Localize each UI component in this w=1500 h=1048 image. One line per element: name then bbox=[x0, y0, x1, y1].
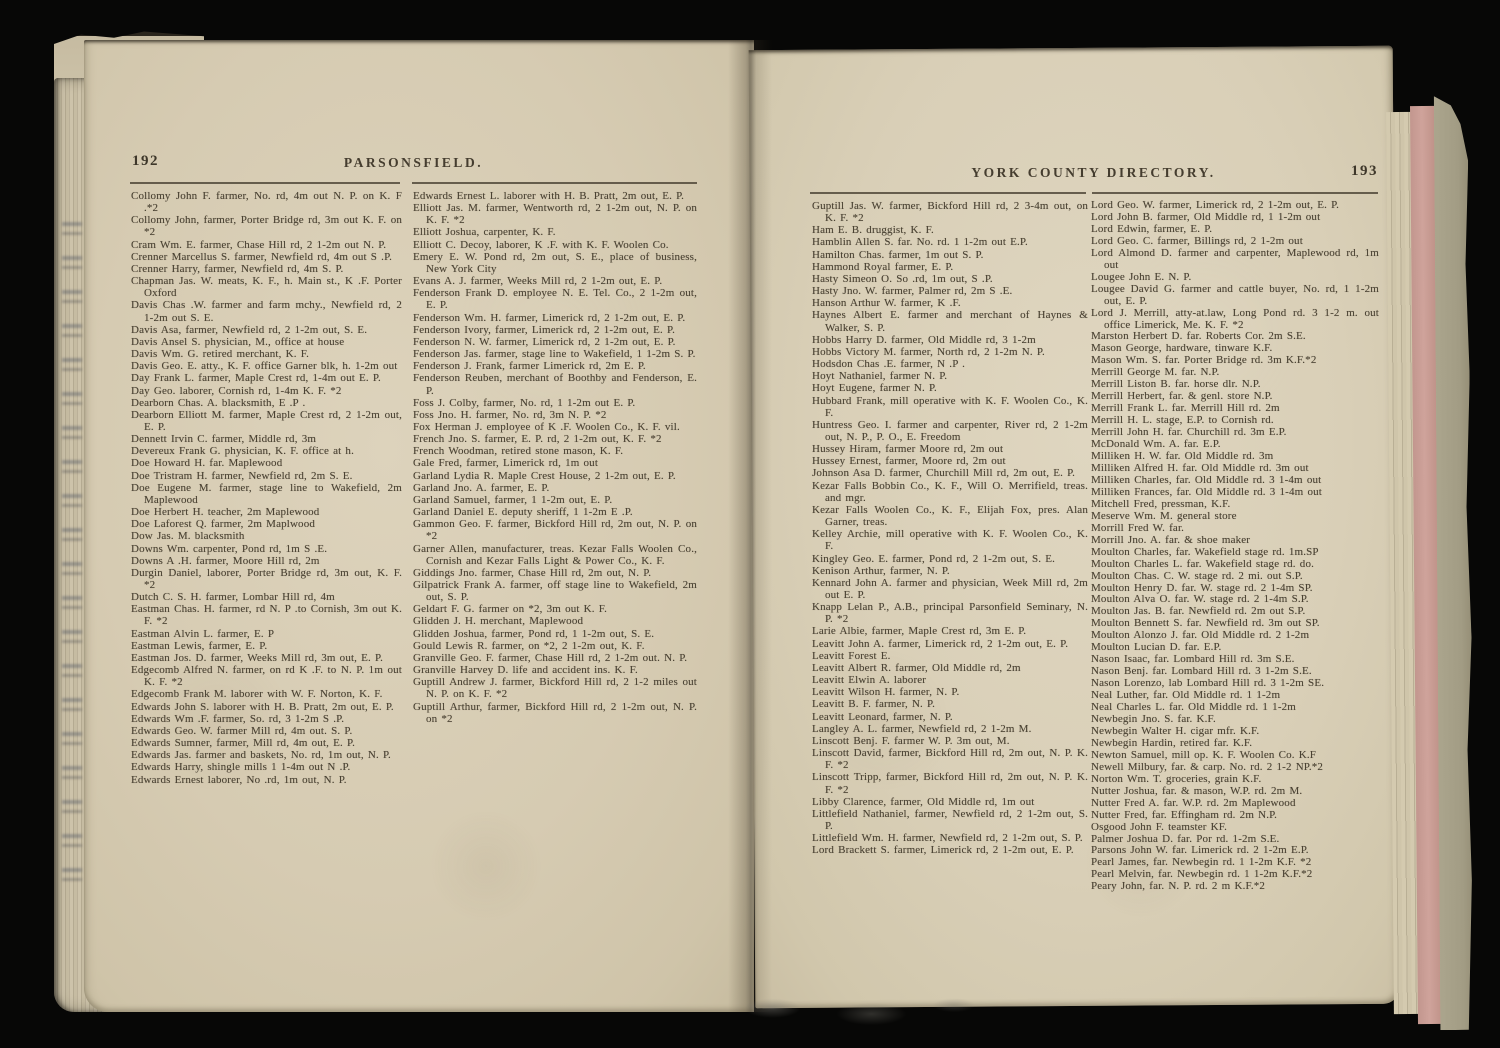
directory-entry: Foss J. Colby, farmer, No. rd, 1 1-2m ou… bbox=[413, 397, 697, 409]
directory-entry: Dennett Irvin C. farmer, Middle rd, 3m bbox=[131, 433, 402, 445]
directory-entry: Dutch C. S. H. farmer, Lombar Hill rd, 4… bbox=[131, 591, 402, 603]
directory-entry: Garland Jno. A. farmer, E. P. bbox=[413, 482, 697, 494]
directory-column: Collomy John F. farmer, No. rd, 4m out N… bbox=[131, 190, 402, 786]
directory-entry: Newell Milbury, far. & carp. No. rd. 2 1… bbox=[1091, 762, 1379, 774]
page-number-right: 193 bbox=[1310, 163, 1378, 180]
directory-entry: Linscott David, farmer, Bickford Hill rd… bbox=[812, 747, 1088, 771]
directory-entry: Fenderson Reuben, merchant of Boothby an… bbox=[413, 372, 697, 396]
binding-shadow bbox=[690, 982, 1020, 1040]
directory-entry: Collomy John F. farmer, No. rd, 4m out N… bbox=[131, 190, 402, 214]
directory-entry: Linscott Tripp, farmer, Bickford Hill rd… bbox=[812, 771, 1088, 795]
directory-entry: Hussey Ernest, farmer, Moore rd, 2m out bbox=[812, 455, 1088, 467]
directory-entry: Hamblin Allen S. far. No. rd. 1 1-2m out… bbox=[812, 236, 1088, 248]
directory-entry: Moulton Chas. C. W. stage rd. 2 mi. out … bbox=[1091, 571, 1379, 583]
directory-entry: French Woodman, retired stone mason, K. … bbox=[413, 445, 697, 457]
directory-entry: Johnson Asa D. farmer, Churchill Mill rd… bbox=[812, 467, 1088, 479]
directory-entry: Garner Allen, manufacturer, treas. Kezar… bbox=[413, 543, 697, 567]
directory-entry: Foss Jno. H. farmer, No. rd, 3m N. P. *2 bbox=[413, 409, 697, 421]
directory-entry: Doe Tristram H. farmer, Newfield rd, 2m … bbox=[131, 470, 402, 482]
directory-entry: Edwards John S. laborer with H. B. Pratt… bbox=[131, 701, 402, 713]
directory-entry: Elliott Joshua, carpenter, K. F. bbox=[413, 226, 697, 238]
directory-entry: Granville Geo. F. farmer, Chase Hill rd,… bbox=[413, 652, 697, 664]
directory-entry: Evans A. J. farmer, Weeks Mill rd, 2 1-2… bbox=[413, 275, 697, 287]
directory-entry: Garland Samuel, farmer, 1 1-2m out, E. P… bbox=[413, 494, 697, 506]
directory-entry: Nutter Joshua, far. & mason, W.P. rd. 2m… bbox=[1091, 786, 1379, 798]
header-rule bbox=[1092, 192, 1378, 194]
directory-entry: Day Geo. laborer, Cornish rd, 1-4m K. F.… bbox=[131, 385, 402, 397]
directory-entry: Elliott Jas. M. farmer, Wentworth rd, 2 … bbox=[413, 202, 697, 226]
directory-entry: Leavitt Elwin A. laborer bbox=[812, 674, 1088, 686]
directory-entry: Leavitt John A. farmer, Limerick rd, 2 1… bbox=[812, 638, 1088, 650]
directory-entry: Lougee David G. farmer and cattle buyer,… bbox=[1091, 284, 1379, 308]
directory-entry: Eastman Chas. H. farmer, rd N. P .to Cor… bbox=[131, 603, 402, 627]
directory-entry: Hoyt Nathaniel, farmer N. P. bbox=[812, 370, 1088, 382]
directory-entry: Doe Eugene M. farmer, stage line to Wake… bbox=[131, 482, 402, 506]
directory-entry: Hasty Jno. W. farmer, Palmer rd, 2m S .E… bbox=[812, 285, 1088, 297]
directory-entry: Collomy John, farmer, Porter Bridge rd, … bbox=[131, 214, 402, 238]
directory-entry: Fenderson Frank D. employee N. E. Tel. C… bbox=[413, 287, 697, 311]
directory-entry: Meserve Wm. M. general store bbox=[1091, 511, 1379, 523]
directory-entry: Doe Herbert H. teacher, 2m Maplewood bbox=[131, 506, 402, 518]
header-rule bbox=[130, 182, 400, 184]
directory-entry: Langley A. L. farmer, Newfield rd, 2 1-2… bbox=[812, 723, 1088, 735]
directory-entry: Fenderson N. W. farmer, Limerick rd, 2 1… bbox=[413, 336, 697, 348]
directory-entry: Morrill Fred W. far. bbox=[1091, 523, 1379, 535]
directory-entry: Haynes Albert E. farmer and merchant of … bbox=[812, 309, 1088, 333]
directory-entry: Hussey Hiram, farmer Moore rd, 2m out bbox=[812, 443, 1088, 455]
directory-entry: Davis Geo. E. atty., K. F. office Garner… bbox=[131, 360, 402, 372]
directory-entry: Crenner Harry, farmer, Newfield rd, 4m S… bbox=[131, 263, 402, 275]
directory-entry: Emery E. W. Pond rd, 2m out, S. E., plac… bbox=[413, 251, 697, 275]
directory-entry: Nutter Fred A. far. W.P. rd. 2m Maplewoo… bbox=[1091, 798, 1379, 810]
directory-entry: Garland Lydia R. Maple Crest House, 2 1-… bbox=[413, 470, 697, 482]
directory-entry: Hammond Royal farmer, E. P. bbox=[812, 261, 1088, 273]
directory-entry: Fenderson J. Frank, farmer Limerick rd, … bbox=[413, 360, 697, 372]
directory-entry: Larie Albie, farmer, Maple Crest rd, 3m … bbox=[812, 625, 1088, 637]
directory-entry: Garland Daniel E. deputy sheriff, 1 1-2m… bbox=[413, 506, 697, 518]
directory-entry: Gammon Geo. F. farmer, Bickford Hill rd,… bbox=[413, 518, 697, 542]
directory-entry: Mitchell Fred, pressman, K.F. bbox=[1091, 499, 1379, 511]
directory-entry: Knapp Lelan P., A.B., principal Parsonfi… bbox=[812, 601, 1088, 625]
directory-entry: Giddings Jno. farmer, Chase Hill rd, 2m … bbox=[413, 567, 697, 579]
directory-entry: Lougee John E. N. P. bbox=[1091, 272, 1379, 284]
directory-entry: Guptill Arthur, farmer, Bickford Hill rd… bbox=[413, 701, 697, 725]
directory-entry: Cram Wm. E. farmer, Chase Hill rd, 2 1-2… bbox=[131, 239, 402, 251]
directory-entry: Moulton Charles L. far. Wakefield stage … bbox=[1091, 559, 1379, 571]
directory-entry: Hasty Simeon O. So .rd, 1m out, S .P. bbox=[812, 273, 1088, 285]
directory-entry: Morrill Jno. A. far. & shoe maker bbox=[1091, 535, 1379, 547]
directory-entry: Glidden Joshua, farmer, Pond rd, 1 1-2m … bbox=[413, 628, 697, 640]
directory-entry: Doe Howard H. far. Maplewood bbox=[131, 457, 402, 469]
directory-entry: Hoyt Eugene, farmer N. P. bbox=[812, 382, 1088, 394]
directory-entry: Glidden J. H. merchant, Maplewood bbox=[413, 615, 697, 627]
directory-column: Lord Geo. W. farmer, Limerick rd, 2 1-2m… bbox=[1091, 200, 1379, 893]
directory-entry: Fenderson Jas. farmer, stage line to Wak… bbox=[413, 348, 697, 360]
directory-entry: Granville Harvey D. life and accident in… bbox=[413, 664, 697, 676]
directory-entry: Edwards Geo. W. farmer Mill rd, 4m out. … bbox=[131, 725, 402, 737]
directory-entry: Chapman Jas. W. meats, K. F., h. Main st… bbox=[131, 275, 402, 299]
running-head-left: PARSONSFIELD. bbox=[130, 155, 697, 171]
directory-entry: Fox Herman J. employee of K .F. Woolen C… bbox=[413, 421, 697, 433]
directory-entry: Edgecomb Alfred N. farmer, on rd K .F. t… bbox=[131, 664, 402, 688]
directory-entry: Leavitt Leonard, farmer, N. P. bbox=[812, 711, 1088, 723]
directory-entry: Kezar Falls Bobbin Co., K. F., Will O. M… bbox=[812, 480, 1088, 504]
directory-entry: Eastman Alvin L. farmer, E. P bbox=[131, 628, 402, 640]
directory-entry: Ham E. B. druggist, K. F. bbox=[812, 224, 1088, 236]
directory-entry: Leavitt B. F. farmer, N. P. bbox=[812, 698, 1088, 710]
directory-entry: Davis Asa, farmer, Newfield rd, 2 1-2m o… bbox=[131, 324, 402, 336]
directory-entry: Lord Brackett S. farmer, Limerick rd, 2 … bbox=[812, 844, 1088, 856]
directory-entry: Osgood John F. teamster KF. bbox=[1091, 822, 1379, 834]
directory-entry: Durgin Daniel, laborer, Porter Bridge rd… bbox=[131, 567, 402, 591]
directory-entry: Fenderson Wm. H. farmer, Limerick rd, 2 … bbox=[413, 312, 697, 324]
directory-entry: Eastman Lewis, farmer, E. P. bbox=[131, 640, 402, 652]
directory-entry: Gould Lewis R. farmer, on *2, 2 1-2m out… bbox=[413, 640, 697, 652]
directory-entry: Nutter Fred, far. Effingham rd. 2m N.P. bbox=[1091, 810, 1379, 822]
directory-entry: Elliott C. Decoy, laborer, K .F. with K.… bbox=[413, 239, 697, 251]
directory-entry: Gale Fred, farmer, Limerick rd, 1m out bbox=[413, 457, 697, 469]
directory-entry: Hobbs Victory M. farmer, North rd, 2 1-2… bbox=[812, 346, 1088, 358]
directory-entry: Gilpatrick Frank A. farmer, off stage li… bbox=[413, 579, 697, 603]
directory-entry: Libby Clarence, farmer, Old Middle rd, 1… bbox=[812, 796, 1088, 808]
directory-entry: Edwards Ernest L. laborer with H. B. Pra… bbox=[413, 190, 697, 202]
directory-entry: Downs Wm. carpenter, Pond rd, 1m S .E. bbox=[131, 543, 402, 555]
directory-entry: Hodsdon Chas .E. farmer, N .P . bbox=[812, 358, 1088, 370]
scanned-book-photo: { "book": { "description": "Open printed… bbox=[0, 0, 1500, 1048]
directory-entry: Leavitt Wilson H. farmer, N. P. bbox=[812, 686, 1088, 698]
directory-entry: Kezar Falls Woolen Co., K. F., Elijah Fo… bbox=[812, 504, 1088, 528]
directory-entry: Edwards Ernest laborer, No .rd, 1m out, … bbox=[131, 774, 402, 786]
directory-entry: Leavitt Forest E. bbox=[812, 650, 1088, 662]
directory-entry: Day Frank L. farmer, Maple Crest rd, 1-4… bbox=[131, 372, 402, 384]
directory-entry: Downs A .H. farmer, Moore Hill rd, 2m bbox=[131, 555, 402, 567]
directory-entry: Peary John, far. N. P. rd. 2 m K.F.*2 bbox=[1091, 881, 1379, 893]
directory-entry: Devereux Frank G. physician, K. F. offic… bbox=[131, 445, 402, 457]
directory-entry: Littlefield Nathaniel, farmer, Newfield … bbox=[812, 808, 1088, 832]
directory-entry: Edwards Wm .F. farmer, So. rd, 3 1-2m S … bbox=[131, 713, 402, 725]
directory-column: Edwards Ernest L. laborer with H. B. Pra… bbox=[413, 190, 697, 725]
directory-entry: Dearborn Chas. A. blacksmith, E .P . bbox=[131, 397, 402, 409]
back-cover-board bbox=[1434, 96, 1475, 1030]
directory-entry: Norton Wm. T. groceries, grain K.F. bbox=[1091, 774, 1379, 786]
running-head-right: YORK COUNTY DIRECTORY. bbox=[810, 165, 1377, 181]
directory-entry: Davis Chas .W. farmer and farm mchy., Ne… bbox=[131, 299, 402, 323]
header-rule bbox=[810, 192, 1086, 194]
directory-entry: Geldart F. G. farmer on *2, 3m out K. F. bbox=[413, 603, 697, 615]
directory-entry: Hubbard Frank, mill operative with K. F.… bbox=[812, 395, 1088, 419]
directory-entry: Edwards Jas. farmer and baskets, No. rd,… bbox=[131, 749, 402, 761]
directory-entry: Fenderson Ivory, farmer, Limerick rd, 2 … bbox=[413, 324, 697, 336]
directory-entry: Edwards Sumner, farmer, Mill rd, 4m out,… bbox=[131, 737, 402, 749]
directory-entry: Davis Wm. G. retired merchant, K. F. bbox=[131, 348, 402, 360]
directory-entry: Lord Almond D. farmer and carpenter, Map… bbox=[1091, 248, 1379, 272]
directory-entry: Linscott Benj. F. farmer W. P. 3m out, M… bbox=[812, 735, 1088, 747]
directory-entry: Hobbs Harry D. farmer, Old Middle rd, 3 … bbox=[812, 334, 1088, 346]
directory-entry: Littlefield Wm. H. farmer, Newfield rd, … bbox=[812, 832, 1088, 844]
directory-entry: Kelley Archie, mill operative with K. F.… bbox=[812, 528, 1088, 552]
book-gutter-shadow bbox=[728, 40, 772, 1012]
directory-entry: Kennard John A. farmer and physician, We… bbox=[812, 577, 1088, 601]
directory-entry: Doe Laforest Q. farmer, 2m Maplwood bbox=[131, 518, 402, 530]
directory-entry: Hamilton Chas. farmer, 1m out S. P. bbox=[812, 249, 1088, 261]
directory-entry: Edwards Harry, shingle mills 1 1-4m out … bbox=[131, 761, 402, 773]
directory-entry: Moulton Charles, far. Wakefield stage rd… bbox=[1091, 547, 1379, 559]
directory-entry: Huntress Geo. I. farmer and carpenter, R… bbox=[812, 419, 1088, 443]
header-rule bbox=[412, 182, 697, 184]
directory-entry: Eastman Jos. D. farmer, Weeks Mill rd, 3… bbox=[131, 652, 402, 664]
directory-entry: Kenison Arthur, farmer, N. P. bbox=[812, 565, 1088, 577]
directory-entry: Guptill Andrew J. farmer, Bickford Hill … bbox=[413, 676, 697, 700]
directory-entry: Kingley Geo. E. farmer, Pond rd, 2 1-2m … bbox=[812, 553, 1088, 565]
directory-column: Guptill Jas. W. farmer, Bickford Hill rd… bbox=[812, 200, 1088, 856]
directory-entry: Edgecomb Frank M. laborer with W. F. Nor… bbox=[131, 688, 402, 700]
directory-entry: French Jno. S. farmer, E. P. rd, 2 1-2m … bbox=[413, 433, 697, 445]
directory-entry: Guptill Jas. W. farmer, Bickford Hill rd… bbox=[812, 200, 1088, 224]
directory-entry: Dearborn Elliott M. farmer, Maple Crest … bbox=[131, 409, 402, 433]
directory-entry: Davis Ansel S. physician, M., office at … bbox=[131, 336, 402, 348]
page-edge-text-showthrough bbox=[62, 210, 82, 890]
directory-entry: Hanson Arthur W. farmer, K .F. bbox=[812, 297, 1088, 309]
directory-entry: Dow Jas. M. blacksmith bbox=[131, 530, 402, 542]
directory-entry: Lord J. Merrill, atty-at.law, Long Pond … bbox=[1091, 308, 1379, 332]
directory-entry: Newton Samuel, mill op. K. F. Woolen Co.… bbox=[1091, 750, 1379, 762]
directory-entry: Crenner Marcellus S. farmer, Newfield rd… bbox=[131, 251, 402, 263]
directory-entry: Leavitt Albert R. farmer, Old Middle rd,… bbox=[812, 662, 1088, 674]
